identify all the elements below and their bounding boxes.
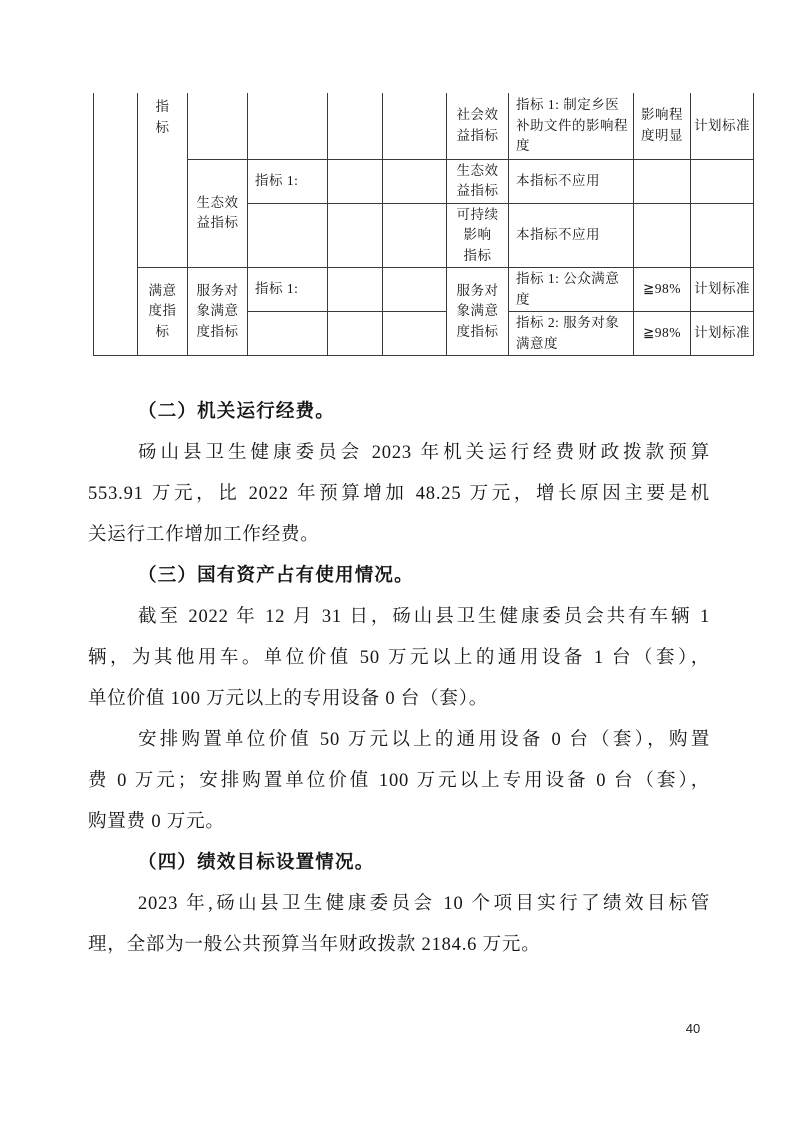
table-cell-eco-benefit-group: 生态效 益指标 — [188, 159, 248, 268]
table-cell-empty — [634, 203, 691, 268]
table-cell-continued-left — [94, 93, 138, 356]
table-cell-empty — [634, 159, 691, 203]
table-cell-empty — [188, 93, 248, 159]
table-cell-target-value: ≧98% — [634, 268, 691, 312]
table-cell-indicator1-label: 指标 1: — [248, 268, 328, 312]
table-cell-empty — [383, 268, 447, 312]
body-line: 安排购置单位价值 50 万元以上的通用设备 0 台（套），购置 — [88, 720, 710, 761]
body-line: 辆，为其他用车。单位价值 50 万元以上的通用设备 1 台（套）， — [88, 638, 710, 679]
table-cell-empty — [328, 312, 383, 356]
heading-section-4: （四）绩效目标设置情况。 — [88, 843, 710, 884]
table-cell-not-applicable: 本指标不应用 — [509, 203, 634, 268]
body-line: 费 0 万元；安排购置单位价值 100 万元以上专用设备 0 台（套）， — [88, 761, 710, 802]
body-text: （二）机关运行经费。 砀山县卫生健康委员会 2023 年机关运行经费财政拨款预算… — [88, 392, 710, 966]
table-cell-social-indicator-desc: 指标 1: 制定乡医补助文件的影响程度 — [509, 93, 634, 159]
table-cell-indicator1-label: 指标 1: — [248, 159, 328, 203]
table-cell-empty — [383, 312, 447, 356]
table-cell-plan-standard: 计划标准 — [691, 268, 754, 312]
table-cell-social-benefit: 社会效 益指标 — [447, 93, 509, 159]
table-cell-target-value: ≧98% — [634, 312, 691, 356]
table-cell-empty — [383, 93, 447, 159]
table-cell-service-satisfaction: 服务对 象满意 度指标 — [447, 268, 509, 356]
body-line: 砀山县卫生健康委员会 2023 年机关运行经费财政拨款预算 — [88, 433, 710, 474]
table-cell-empty — [248, 93, 328, 159]
table-cell-satisfaction-indicator-1: 指标 1: 公众满意度 — [509, 268, 634, 312]
body-line: 理，全部为一般公共预算当年财政拨款 2184.6 万元。 — [88, 925, 710, 966]
body-line: 单位价值 100 万元以上的专用设备 0 台（套）。 — [88, 679, 710, 720]
table-cell-empty — [328, 203, 383, 268]
table-cell-indicator-group: 指 标 — [138, 93, 188, 268]
table-cell-plan-standard: 计划标准 — [691, 93, 754, 159]
table-cell-empty — [691, 203, 754, 268]
body-line: 关运行工作增加工作经费。 — [88, 515, 710, 556]
table-cell-empty — [328, 268, 383, 312]
performance-indicator-table: 指 标 社会效 益指标 指标 1: 制定乡医补助文件的影响程度 影响程 度明显 … — [93, 93, 754, 356]
table-cell-empty — [383, 203, 447, 268]
document-page: 指 标 社会效 益指标 指标 1: 制定乡医补助文件的影响程度 影响程 度明显 … — [0, 0, 793, 1122]
table-cell-service-satisfaction-group: 服务对 象满意 度指标 — [188, 268, 248, 356]
table-cell-empty — [248, 312, 328, 356]
heading-section-3: （三）国有资产占有使用情况。 — [88, 556, 710, 597]
page-number: 40 — [678, 1021, 708, 1036]
table-cell-empty — [328, 159, 383, 203]
table-cell-plan-standard: 计划标准 — [691, 312, 754, 356]
body-line: 2023 年,砀山县卫生健康委员会 10 个项目实行了绩效目标管 — [88, 884, 710, 925]
table-cell-sustainable-impact: 可持续 影响 指标 — [447, 203, 509, 268]
table-cell-empty — [691, 159, 754, 203]
table-cell-satisfaction-group: 满意 度指 标 — [138, 268, 188, 356]
heading-section-2: （二）机关运行经费。 — [88, 392, 710, 433]
table-cell-impact-level: 影响程 度明显 — [634, 93, 691, 159]
table-cell-empty — [383, 159, 447, 203]
table-cell-eco-benefit: 生态效 益指标 — [447, 159, 509, 203]
table-cell-not-applicable: 本指标不应用 — [509, 159, 634, 203]
table-cell-empty — [248, 203, 328, 268]
table-cell-empty — [328, 93, 383, 159]
body-line: 购置费 0 万元。 — [88, 802, 710, 843]
body-line: 553.91 万元，比 2022 年预算增加 48.25 万元，增长原因主要是机 — [88, 474, 710, 515]
body-line: 截至 2022 年 12 月 31 日，砀山县卫生健康委员会共有车辆 1 — [88, 597, 710, 638]
table-cell-satisfaction-indicator-2: 指标 2: 服务对象满意度 — [509, 312, 634, 356]
